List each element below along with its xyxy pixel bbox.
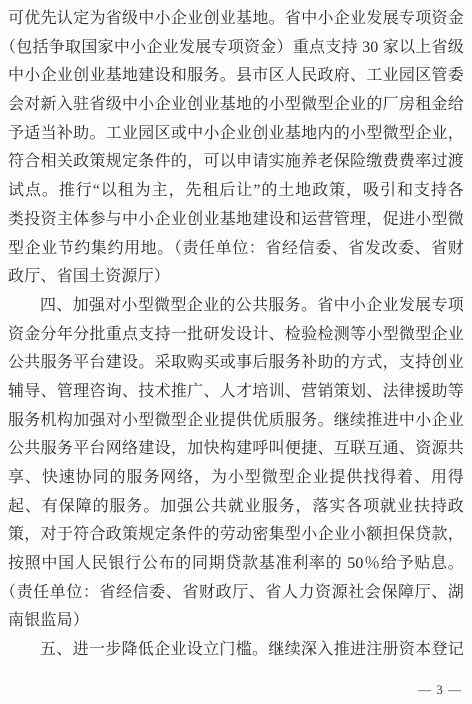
text-line: 四、加强对小型微型企业的公共服务。省中小企业发展专项 — [8, 292, 464, 321]
text-line: 享、快速协同的服务网络，为小型微型企业提供找得着、用得 — [8, 464, 464, 493]
text-block: 可优先认定为省级中小企业创业基地。省中小企业发展专项资金（包括争取国家中小企业发… — [8, 5, 464, 665]
text-line: 公共服务平台网络建设，加快构建呼叫便捷、互联互通、资源共 — [8, 435, 464, 464]
text-line: 辅导、管理咨询、技术推广、人才培训、营销策划、法律援助等 — [8, 378, 464, 407]
text-line: （包括争取国家中小企业发展专项资金）重点支持 30 家以上省级 — [0, 34, 464, 63]
text-line: 试点。推行“以租为主，先租后让”的土地政策，吸引和支持各 — [8, 177, 464, 206]
page-number: — 3 — — [418, 682, 462, 698]
text-line: 中小企业创业基地建设和服务。县市区人民政府、工业园区管委 — [8, 62, 464, 91]
text-line: 公共服务平台建设。采取购买或事后服务补助的方式，支持创业 — [8, 349, 464, 378]
document-page: 可优先认定为省级中小企业创业基地。省中小企业发展专项资金（包括争取国家中小企业发… — [0, 0, 472, 704]
text-line: 南银监局） — [8, 607, 464, 636]
text-line: 类投资主体参与中小企业创业基地建设和运营管理，促进小型微 — [8, 206, 464, 235]
text-line: 可优先认定为省级中小企业创业基地。省中小企业发展专项资金 — [8, 5, 464, 34]
text-line: 会对新入驻省级中小企业创业基地的小型微型企业的厂房租金给 — [8, 91, 464, 120]
text-line: （责任单位：省经信委、省财政厅、省人力资源社会保障厅、湖 — [0, 579, 464, 608]
text-line: 起、有保障的服务。加强公共就业服务，落实各项就业扶持政 — [8, 493, 464, 522]
text-line: 策，对于符合政策规定条件的劳动密集型小企业小额担保贷款， — [8, 521, 464, 550]
text-line: 符合相关政策规定条件的，可以申请实施养老保险缴费费率过渡 — [8, 148, 464, 177]
text-line: 资金分年分批重点支持一批研发设计、检验检测等小型微型企业 — [8, 321, 464, 350]
text-line: 服务机构加强对小型微型企业提供优质服务。继续推进中小企业 — [8, 407, 464, 436]
text-line: 政厅、省国土资源厅） — [8, 263, 464, 292]
text-line: 五、进一步降低企业设立门槛。继续深入推进注册资本登记 — [8, 636, 464, 665]
text-line: 按照中国人民银行公布的同期贷款基准利率的 50％给予贴息。 — [8, 550, 464, 579]
text-line: 予适当补助。工业园区或中小企业创业基地内的小型微型企业， — [8, 120, 464, 149]
text-line: 型企业节约集约用地。（责任单位：省经信委、省发改委、省财 — [8, 235, 464, 264]
